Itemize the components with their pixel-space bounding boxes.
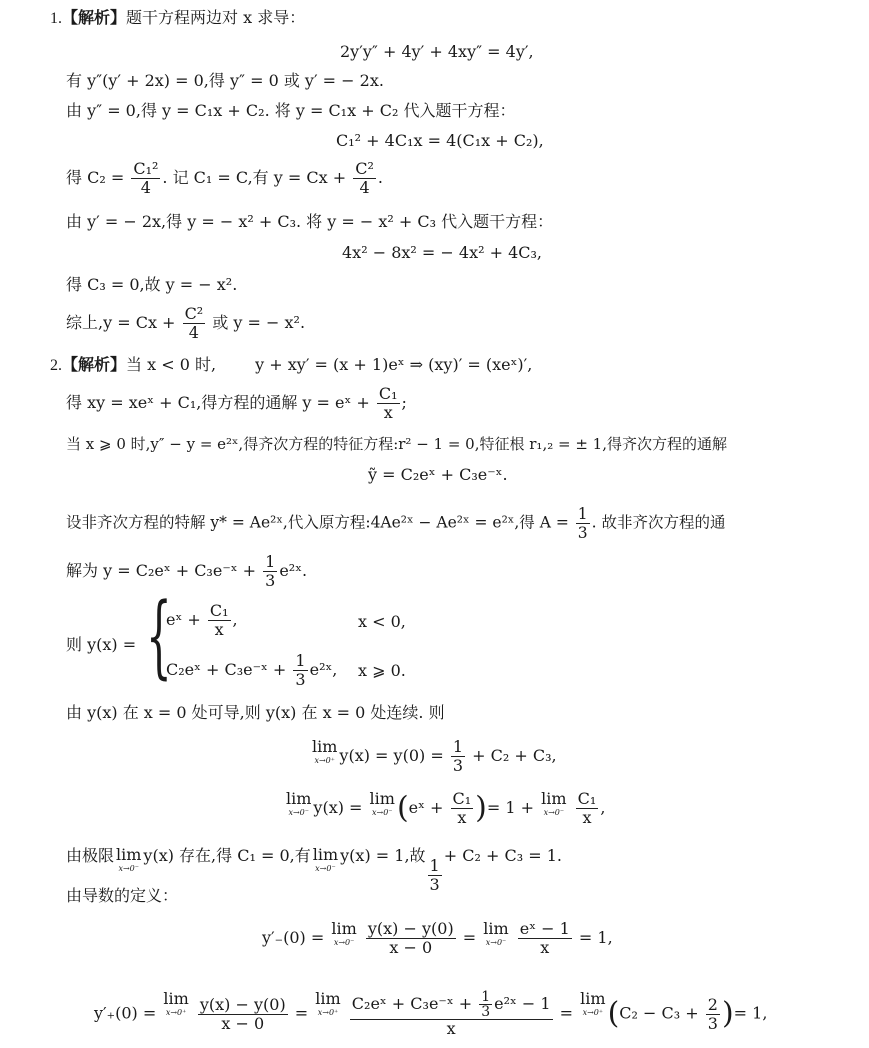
text: = — [295, 1004, 308, 1023]
limit: limx→0⁺ — [315, 990, 340, 1018]
text: e²ˣ, — [310, 660, 338, 679]
fraction: eˣ − 1x — [518, 920, 572, 957]
text: 由极限 — [66, 846, 114, 865]
denominator: 3 — [263, 572, 277, 590]
analysis-tag: 【解析】 — [62, 355, 126, 374]
fraction: 13 — [451, 738, 465, 775]
limit-left-equation: limx→0⁻y(x) = limx→0⁻(eˣ + C₁x)= 1 + lim… — [284, 790, 605, 827]
piece-2-condition: x ⩾ 0. — [358, 661, 406, 681]
text-line: 得 C₃ = 0,故 y = − x². — [66, 275, 237, 295]
equation: ỹ = C₂eˣ + C₃e⁻ˣ. — [368, 465, 508, 485]
numerator: 1 — [263, 553, 277, 572]
denominator: 4 — [139, 179, 153, 197]
problem-number: 2. — [50, 357, 62, 374]
text: ; — [402, 393, 407, 412]
limit: limx→0⁻ — [313, 846, 338, 874]
text-line: 设非齐次方程的特解 y* = Ae²ˣ,代入原方程:4Ae²ˣ − Ae²ˣ =… — [66, 505, 726, 542]
denominator: 4 — [187, 324, 201, 342]
text: 得 C₂ = — [66, 168, 124, 187]
problem-1-heading: 1.【解析】题干方程两边对 x 求导： — [50, 8, 305, 29]
text-line: 由 y′ = − 2x,得 y = − x² + C₃. 将 y = − x² … — [66, 212, 553, 232]
lim-subscript: x→0⁻ — [372, 808, 393, 818]
text: . 记 C₁ = C,有 y = Cx + — [162, 168, 346, 187]
numerator: eˣ − 1 — [518, 920, 572, 939]
numerator: C₁ — [377, 385, 400, 404]
text: = 1, — [734, 1004, 768, 1023]
text-line: 当 x ⩾ 0 时,y″ − y = e²ˣ,得齐次方程的特征方程:r² − 1… — [66, 434, 727, 454]
lim-subscript: x→0⁺ — [314, 756, 335, 766]
numerator: 1 — [451, 738, 465, 757]
lim-text: lim — [541, 790, 566, 808]
limit: limx→0⁻ — [370, 790, 395, 818]
text: . — [378, 168, 383, 187]
denominator: 3 — [479, 1005, 492, 1019]
limit: limx→0⁻ — [116, 846, 141, 874]
equation: C₁² + 4C₁x = 4(C₁x + C₂), — [336, 131, 544, 151]
lim-subscript: x→0⁻ — [315, 864, 336, 874]
lim-text: lim — [286, 790, 311, 808]
text: . 故非齐次方程的通 — [592, 514, 726, 532]
denominator: 3 — [706, 1015, 720, 1033]
denominator: 3 — [451, 757, 465, 775]
numerator: C₁² — [131, 160, 160, 179]
right-derivative-equation: y′₊(0) = limx→0⁺ y(x) − y(0)x − 0 = limx… — [94, 990, 767, 1038]
text-line: 解为 y = C₂eˣ + C₃e⁻ˣ + 13e²ˣ. — [66, 553, 307, 590]
text: y(x) = — [313, 798, 362, 817]
text: , — [600, 798, 605, 817]
numerator: 1 — [428, 857, 442, 876]
fraction: 13 — [263, 553, 277, 590]
fraction: C₁x — [451, 790, 474, 827]
numerator: 1 — [576, 505, 590, 524]
equation: 4x² − 8x² = − 4x² + 4C₃, — [342, 243, 542, 263]
piece-2: C₂eˣ + C₃e⁻ˣ + 13e²ˣ, — [166, 652, 337, 689]
text: = — [560, 1004, 573, 1023]
numerator: y(x) − y(0) — [366, 920, 456, 939]
text-line: 综上,y = Cx + C²4 或 y = − x². — [66, 305, 305, 342]
lim-text: lim — [483, 920, 508, 938]
lim-text: lim — [163, 990, 188, 1008]
limit: limx→0⁻ — [331, 920, 356, 948]
fraction: 13 — [428, 857, 442, 894]
text: 当 x < 0 时, — [126, 355, 216, 374]
fraction: 13 — [293, 652, 307, 689]
denominator: 3 — [293, 671, 307, 689]
numerator: 1 — [293, 652, 307, 671]
text: 解为 y = C₂eˣ + C₃e⁻ˣ + — [66, 561, 256, 580]
denominator: x — [213, 621, 226, 639]
text: y(x) = 1,故 — [340, 846, 425, 865]
numerator: C₁ — [208, 602, 231, 621]
text: = 1 + — [487, 798, 534, 817]
text-line: 由导数的定义： — [66, 886, 178, 906]
text-line: 由 y(x) 在 x = 0 处可导,则 y(x) 在 x = 0 处连续. 则 — [66, 703, 445, 723]
lim-subscript: x→0⁻ — [544, 808, 565, 818]
piece-1-condition: x < 0, — [358, 612, 406, 632]
numerator: C₁ — [576, 790, 599, 809]
limit-right-equation: limx→0⁺y(x) = y(0) = 13 + C₂ + C₃, — [310, 738, 557, 775]
lim-subscript: x→0⁺ — [166, 1008, 187, 1018]
limit: limx→0⁻ — [286, 790, 311, 818]
numerator: C² — [183, 305, 206, 324]
fraction: C₁x — [377, 385, 400, 422]
lim-text: lim — [315, 990, 340, 1008]
text: e²ˣ. — [279, 561, 307, 580]
text-line: 有 y″(y′ + 2x) = 0,得 y″ = 0 或 y′ = − 2x. — [66, 71, 384, 91]
numerator: 2 — [706, 996, 720, 1015]
equation: y + xy′ = (x + 1)eˣ ⇒ (xy)′ = (xeˣ)′, — [255, 355, 532, 374]
problem-1-intro: 题干方程两边对 x 求导： — [126, 8, 305, 27]
denominator: 3 — [428, 876, 442, 894]
text: C₂ − C₃ + — [619, 1004, 698, 1023]
text: 得 xy = xeˣ + C₁,得方程的通解 y = eˣ + — [66, 393, 370, 412]
lim-text: lim — [331, 920, 356, 938]
fraction: 13 — [576, 505, 590, 542]
lim-text: lim — [116, 846, 141, 864]
limit: limx→0⁺ — [163, 990, 188, 1018]
equation: 2y′y″ + 4y′ + 4xy″ = 4y′, — [340, 42, 534, 62]
lim-text: lim — [312, 738, 337, 756]
analysis-tag: 【解析】 — [62, 8, 126, 27]
piecewise-label: 则 y(x) = — [66, 635, 136, 655]
lim-subscript: x→0⁺ — [318, 1008, 339, 1018]
text-line: 得 xy = xeˣ + C₁,得方程的通解 y = eˣ + C₁x; — [66, 385, 407, 422]
fraction: C²4 — [183, 305, 206, 342]
numerator: y(x) − y(0) — [198, 996, 288, 1015]
lim-subscript: x→0⁻ — [334, 938, 355, 948]
text: + C₂ + C₃ = 1. — [444, 846, 562, 865]
fraction: y(x) − y(0)x − 0 — [198, 996, 288, 1033]
denominator: x — [445, 1020, 458, 1038]
text: 综上,y = Cx + — [66, 313, 175, 332]
numerator: 1 — [479, 990, 492, 1005]
text: 设非齐次方程的特解 y* = Ae²ˣ,代入原方程:4Ae²ˣ − Ae²ˣ =… — [66, 514, 569, 532]
lim-text: lim — [313, 846, 338, 864]
lim-text: lim — [370, 790, 395, 808]
text: eˣ + — [166, 610, 201, 629]
lim-subscript: x→0⁻ — [288, 808, 309, 818]
lim-text: lim — [580, 990, 605, 1008]
problem-2-heading: 2.【解析】当 x < 0 时, y + xy′ = (x + 1)eˣ ⇒ (… — [50, 355, 532, 376]
inner-fraction: 13 — [479, 990, 492, 1019]
numerator: C₂eˣ + C₃e⁻ˣ + 13e²ˣ − 1 — [350, 990, 553, 1020]
numerator: C₁ — [451, 790, 474, 809]
text: = — [463, 928, 476, 947]
text: e²ˣ − 1 — [494, 994, 550, 1013]
lim-subscript: x→0⁺ — [583, 1008, 604, 1018]
denominator: 3 — [576, 524, 590, 542]
text: + C₂ + C₃, — [472, 746, 556, 765]
fraction: C₁²4 — [131, 160, 160, 197]
text-line: 得 C₂ = C₁²4. 记 C₁ = C,有 y = Cx + C²4. — [66, 160, 383, 197]
denominator: x − 0 — [219, 1015, 266, 1033]
left-derivative-equation: y′₋(0) = limx→0⁻ y(x) − y(0)x − 0 = limx… — [262, 920, 613, 957]
denominator: 4 — [357, 179, 371, 197]
text: = 1, — [579, 928, 613, 947]
denominator: x — [538, 939, 551, 957]
piece-1: eˣ + C₁x, — [166, 602, 238, 639]
fraction: C₁x — [576, 790, 599, 827]
numerator: C² — [353, 160, 376, 179]
text: y′₊(0) = — [94, 1004, 156, 1023]
fraction: C₁x — [208, 602, 231, 639]
limit: limx→0⁺ — [312, 738, 337, 766]
text: y′₋(0) = — [262, 928, 324, 947]
problem-number: 1. — [50, 10, 62, 27]
denominator: x — [580, 809, 593, 827]
fraction: C²4 — [353, 160, 376, 197]
fraction: 23 — [706, 996, 720, 1033]
text-line: 由 y″ = 0,得 y = C₁x + C₂. 将 y = C₁x + C₂ … — [66, 101, 515, 121]
lim-subscript: x→0⁻ — [118, 864, 139, 874]
denominator: x − 0 — [387, 939, 434, 957]
denominator: x — [382, 404, 395, 422]
lim-subscript: x→0⁻ — [486, 938, 507, 948]
text: y(x) = y(0) = — [339, 746, 443, 765]
fraction: C₂eˣ + C₃e⁻ˣ + 13e²ˣ − 1 x — [350, 990, 553, 1038]
text: C₂eˣ + C₃e⁻ˣ + — [352, 994, 472, 1013]
fraction: y(x) − y(0)x − 0 — [366, 920, 456, 957]
text: C₂eˣ + C₃e⁻ˣ + — [166, 660, 286, 679]
limit: limx→0⁻ — [541, 790, 566, 818]
text: , — [233, 610, 238, 629]
denominator: x — [455, 809, 468, 827]
text: eˣ + — [409, 798, 444, 817]
text: 或 y = − x². — [212, 313, 305, 332]
limit: limx→0⁻ — [483, 920, 508, 948]
text: y(x) 存在,得 C₁ = 0,有 — [143, 846, 310, 865]
limit: limx→0⁺ — [580, 990, 605, 1018]
